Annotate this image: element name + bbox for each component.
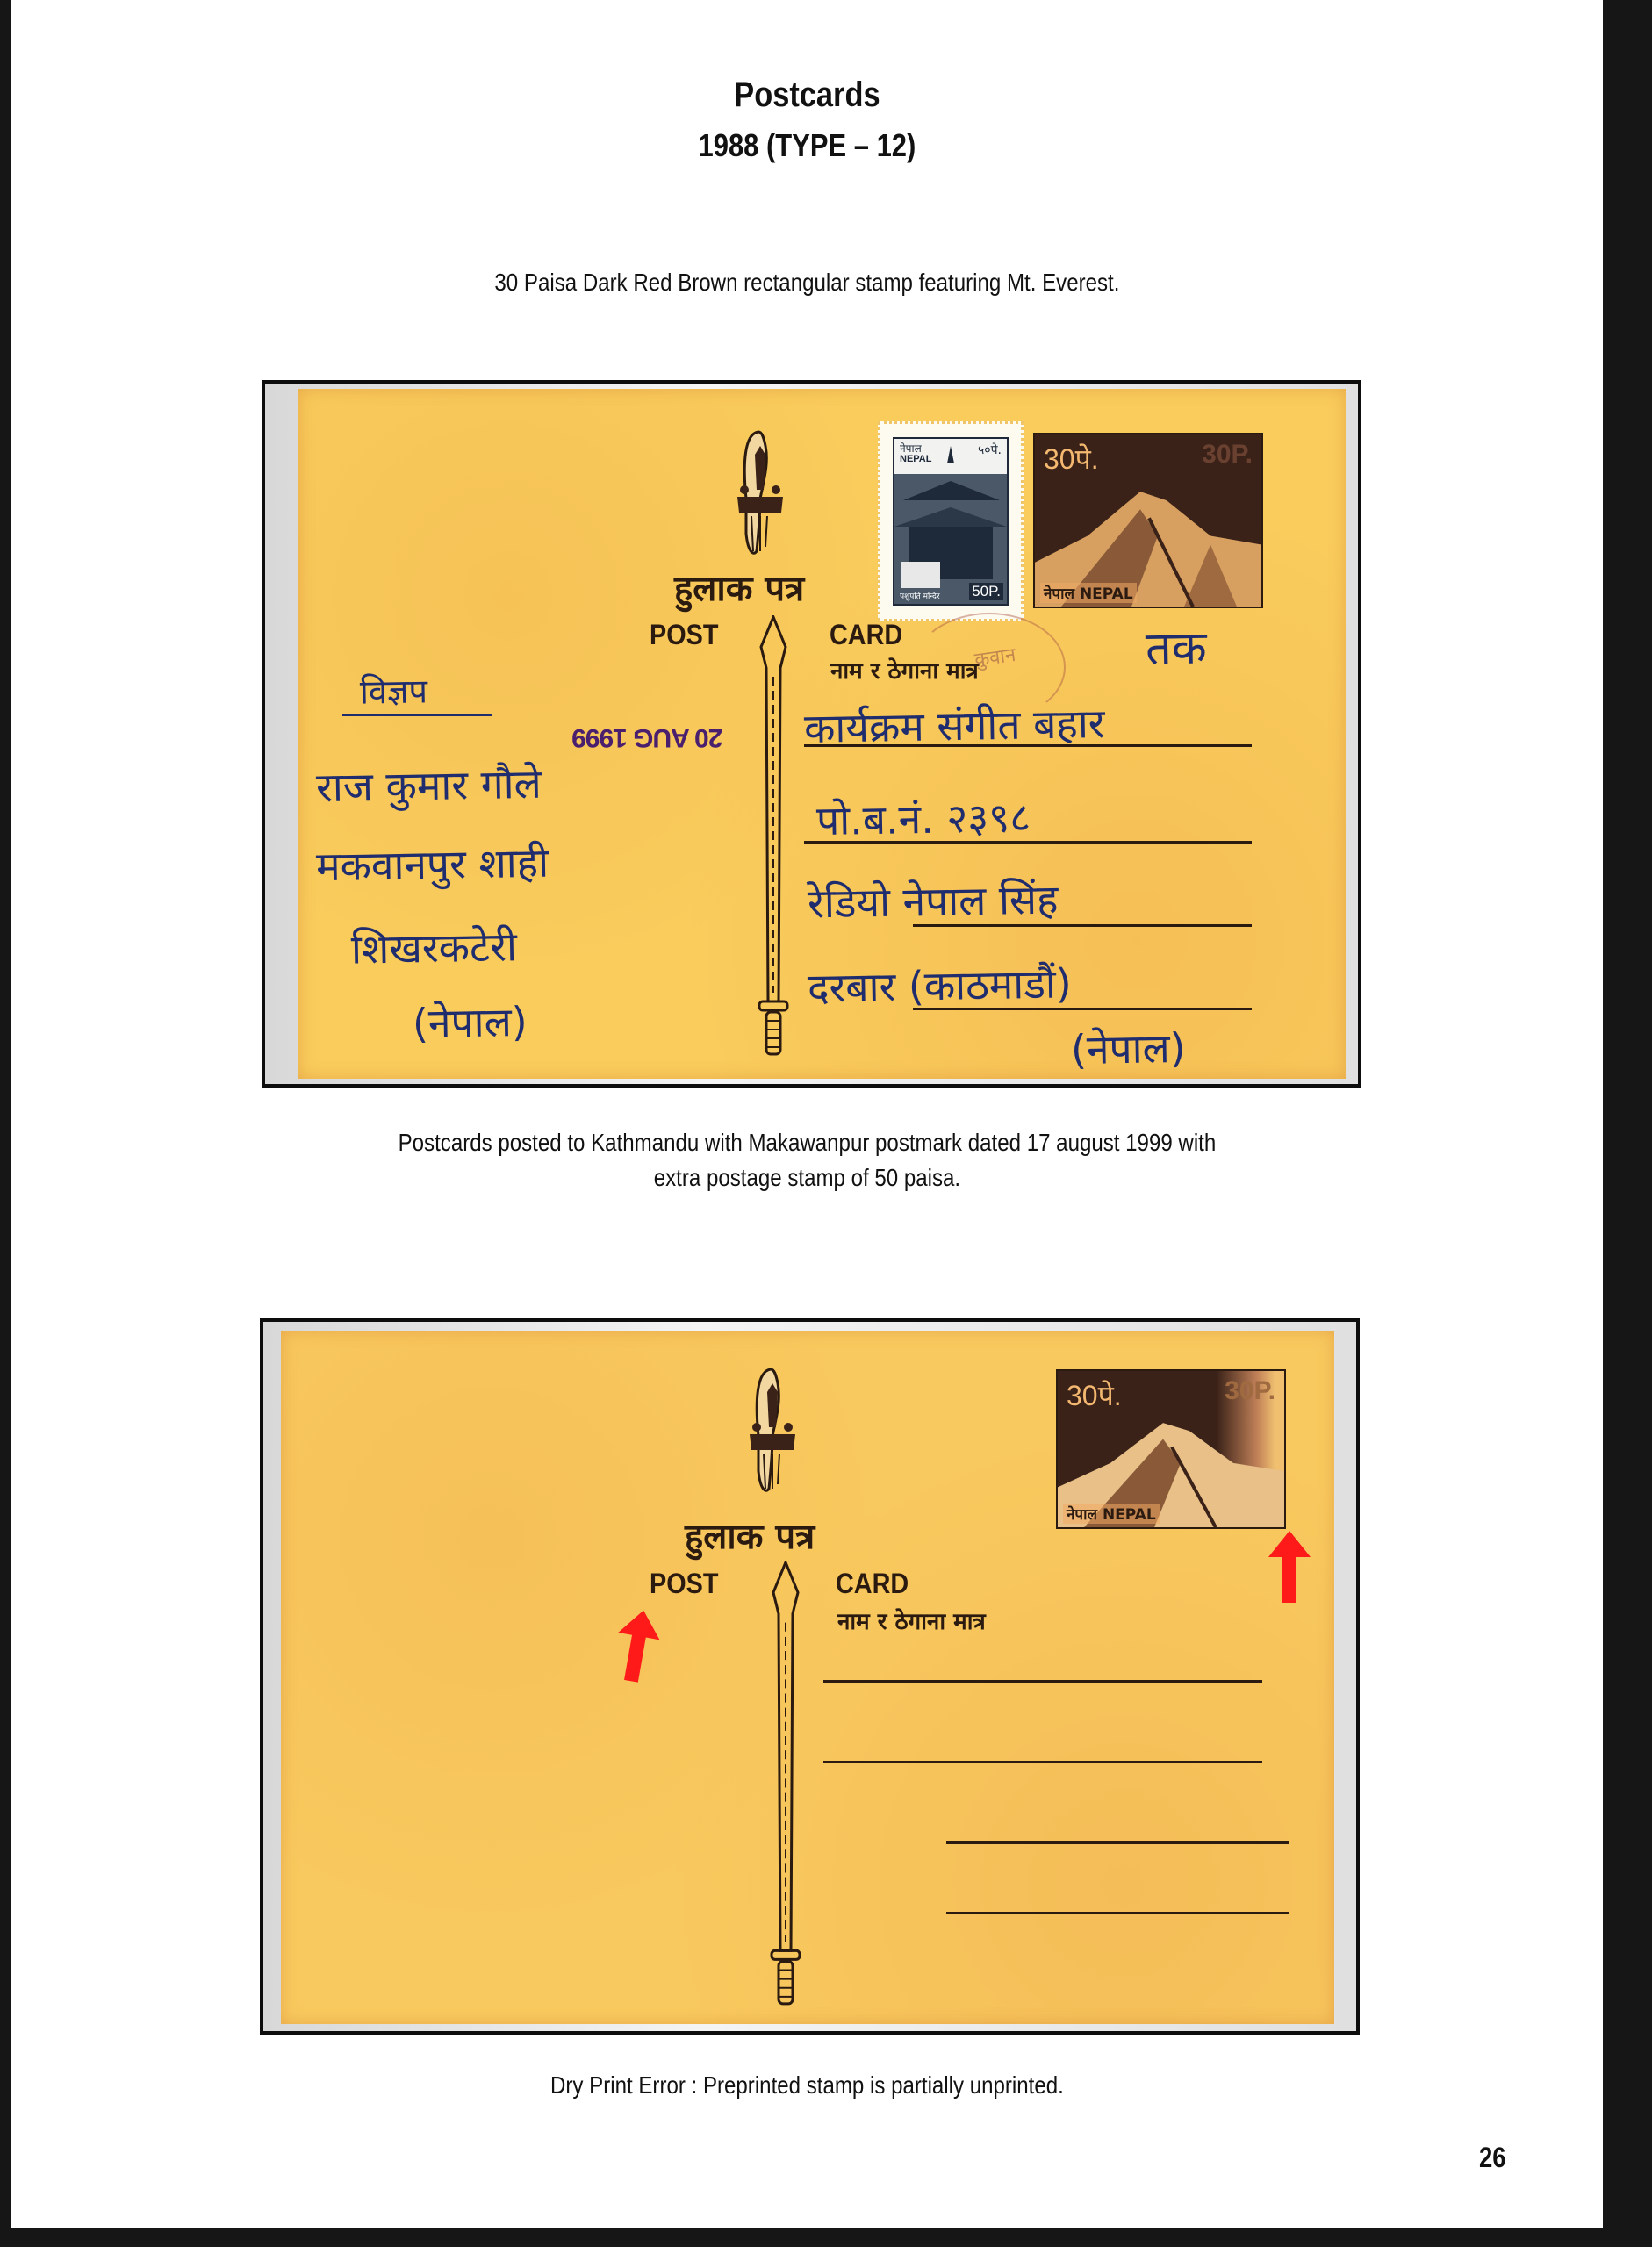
postcard-1-caption: Postcards posted to Kathmandu with Makaw…	[123, 1125, 1491, 1195]
postcard-heading-devanagari: हुलाक पत्र	[674, 563, 804, 611]
postcard-2-mount: हुलाक पत्र POST CARD नाम र ठेगाना मात्र	[260, 1318, 1360, 2035]
adhesive-stamp-50p: नेपाल NEPAL ५०पे. पशुपति मन्दिर 50P.	[878, 421, 1024, 621]
red-arrow-icon	[1268, 1531, 1311, 1603]
crown-plume-emblem-icon	[746, 1366, 799, 1497]
recipient-line-4: दरबार (काठमाडौं)	[807, 955, 1072, 1014]
post-label: POST	[650, 619, 718, 651]
recipient-line-5: (नेपाल)	[1070, 1020, 1186, 1076]
postcard-1-caption-line-2: extra postage stamp of 50 paisa.	[123, 1160, 1491, 1195]
sender-line-1: विज्ञप	[360, 667, 428, 714]
postcard-1: हुलाक पत्र POST CARD नाम र ठेगाना मात्र	[298, 389, 1346, 1079]
stamp-value-right: 30P.	[1225, 1376, 1275, 1406]
sword-divider-icon	[768, 1561, 803, 2013]
recipient-line-1: कार्यक्रम संगीत बहार	[803, 695, 1105, 755]
crown-plume-emblem-icon	[734, 428, 786, 560]
postcard-1-caption-line-1: Postcards posted to Kathmandu with Makaw…	[123, 1125, 1491, 1160]
stamp-country: नेपाल NEPAL	[1063, 1504, 1160, 1524]
sender-line-4: शिखरकटेरी	[350, 918, 517, 975]
address-rule-1	[823, 1680, 1262, 1683]
album-page: Postcards 1988 (TYPE – 12) 30 Paisa Dark…	[11, 0, 1603, 2228]
address-label-devanagari: नाम र ठेगाना मात्र	[837, 1604, 986, 1636]
sword-divider-icon	[756, 615, 791, 1063]
postcard-1-mount: हुलाक पत्र POST CARD नाम र ठेगाना मात्र	[262, 380, 1361, 1088]
address-rule-2	[823, 1761, 1262, 1763]
sender-line-5: (नेपाल)	[412, 994, 528, 1050]
address-rule-4	[946, 1912, 1289, 1914]
stamp-value-left: 30पे.	[1044, 440, 1099, 477]
imprinted-stamp-30p: 30पे. 30P. नेपाल NEPAL	[1033, 433, 1263, 608]
underline	[342, 714, 492, 716]
adhesive-value-devanagari: ५०पे.	[978, 442, 1002, 458]
stamp-value-right: 30P.	[1202, 440, 1253, 470]
adhesive-caption: पशुपति मन्दिर	[900, 590, 940, 601]
stamp-country: नेपाल NEPAL	[1040, 583, 1137, 603]
recipient-line-3: रेडियो नेपाल सिंह	[807, 872, 1058, 930]
postcard-heading-devanagari: हुलाक पत्र	[685, 1511, 815, 1559]
page-title: Postcards	[123, 75, 1491, 115]
date-stamp: 20 AUG 1999	[572, 722, 722, 752]
stamp-value-left: 30पे.	[1067, 1376, 1122, 1414]
recipient-line-2: पो.ब.नं. २३९८	[815, 789, 1031, 847]
temple-stamp-image: नेपाल NEPAL ५०पे. पशुपति मन्दिर 50P.	[893, 437, 1009, 606]
imprinted-stamp-30p-dry-print: 30पे. 30P. नेपाल NEPAL	[1056, 1369, 1286, 1529]
intro-caption: 30 Paisa Dark Red Brown rectangular stam…	[123, 265, 1491, 300]
postcard-2: हुलाक पत्र POST CARD नाम र ठेगाना मात्र	[281, 1331, 1334, 2024]
adhesive-value: 50P.	[969, 583, 1003, 600]
page-number: 26	[1479, 2142, 1506, 2174]
card-label: CARD	[836, 1568, 909, 1600]
page-subtitle: 1988 (TYPE – 12)	[123, 127, 1491, 164]
red-arrow-icon	[610, 1606, 664, 1684]
signature: तक	[1145, 614, 1207, 678]
sender-line-2: राज कुमार गौले	[315, 756, 542, 814]
post-label: POST	[650, 1568, 718, 1600]
postcard-2-caption: Dry Print Error : Preprinted stamp is pa…	[123, 2068, 1491, 2103]
adhesive-country: NEPAL	[900, 454, 931, 464]
sender-line-3: मकवानपुर शाही	[315, 835, 549, 894]
address-rule-3	[946, 1841, 1289, 1844]
card-label: CARD	[830, 619, 902, 651]
